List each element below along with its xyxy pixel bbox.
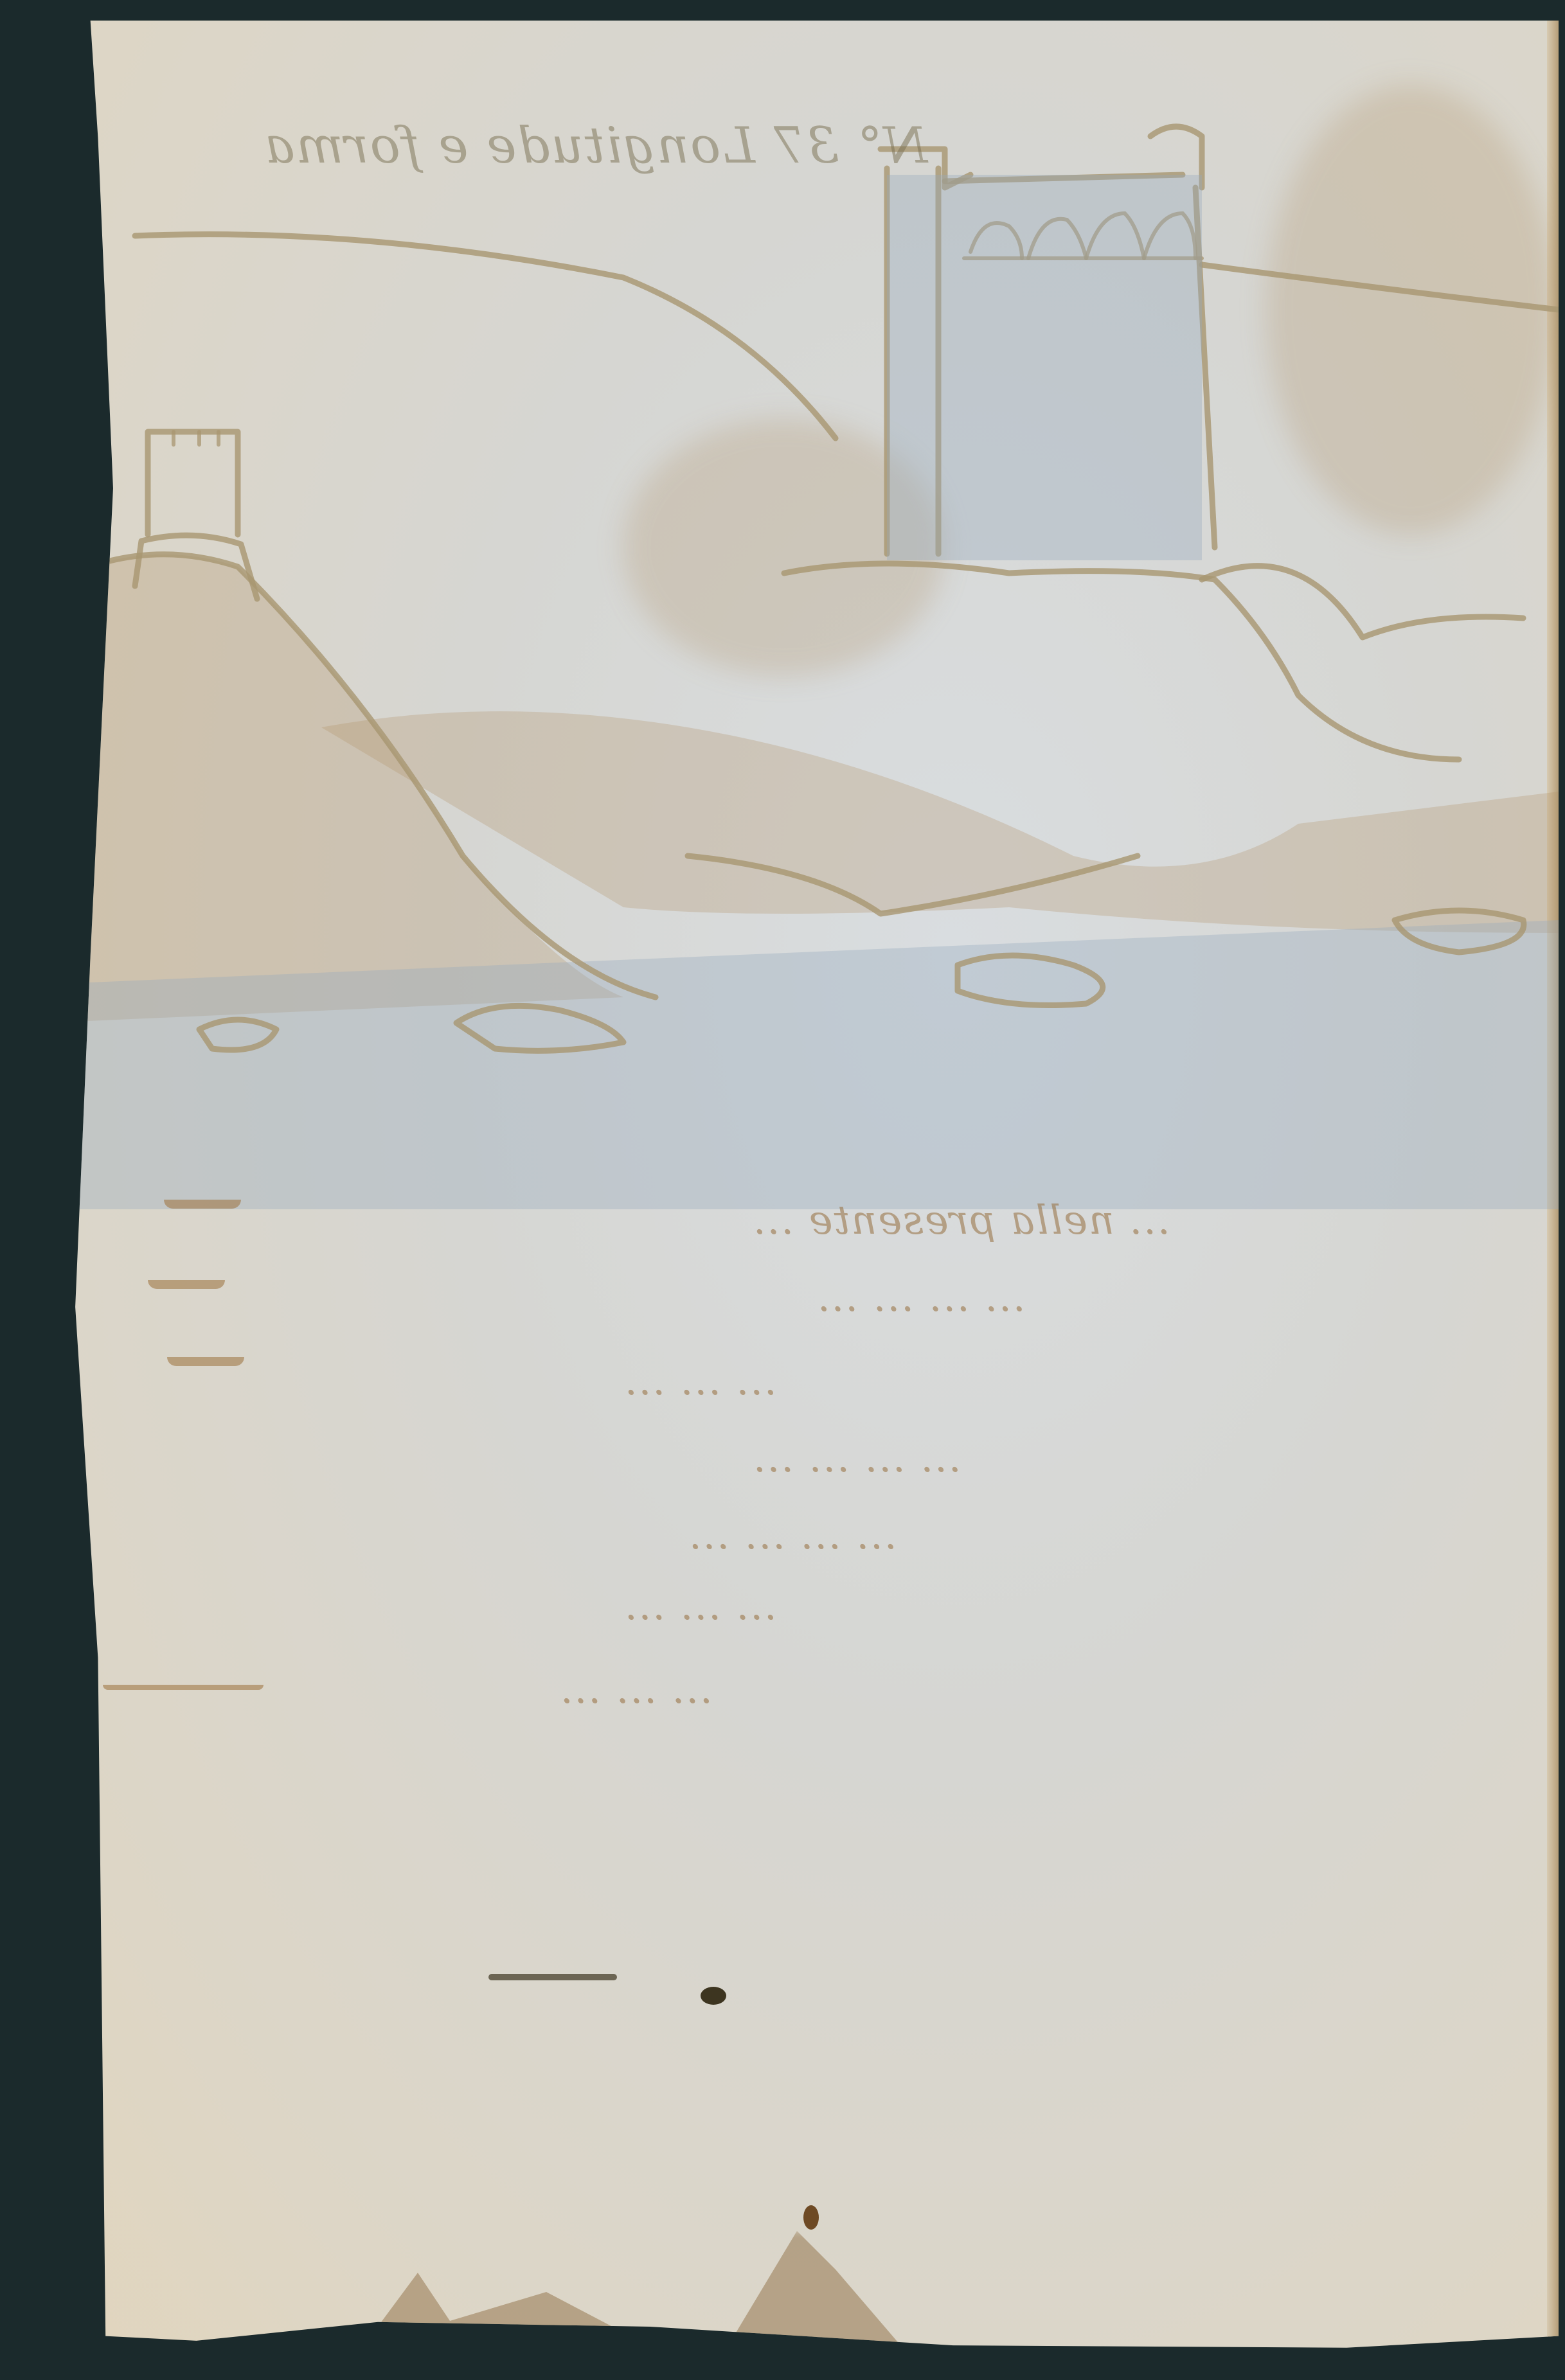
text-line: ... ... ... ... <box>752 1434 961 1481</box>
manuscript-page: N° 37 Longitude e forma ... nella presen… <box>45 21 1559 2359</box>
margin-mark <box>167 1357 244 1366</box>
heading-bleedthrough: N° 37 Longitude e forma <box>264 117 927 175</box>
text-line: ... ... ... <box>623 1357 777 1404</box>
margin-mark <box>148 1280 225 1289</box>
text-line: ... ... ... ... <box>688 1511 897 1558</box>
text-line: ... nella presente ... <box>752 1196 1170 1243</box>
ink-blot <box>803 2205 819 2230</box>
ink-blot <box>488 1974 617 1980</box>
text-line: ... ... ... ... <box>816 1274 1026 1320</box>
text-line: ... ... ... <box>559 1665 713 1712</box>
landscape-drawing <box>45 21 1559 2359</box>
margin-mark <box>103 1685 264 1690</box>
text-line: ... ... ... <box>623 1582 777 1629</box>
margin-mark <box>164 1200 241 1209</box>
ink-blot <box>701 1987 726 2005</box>
